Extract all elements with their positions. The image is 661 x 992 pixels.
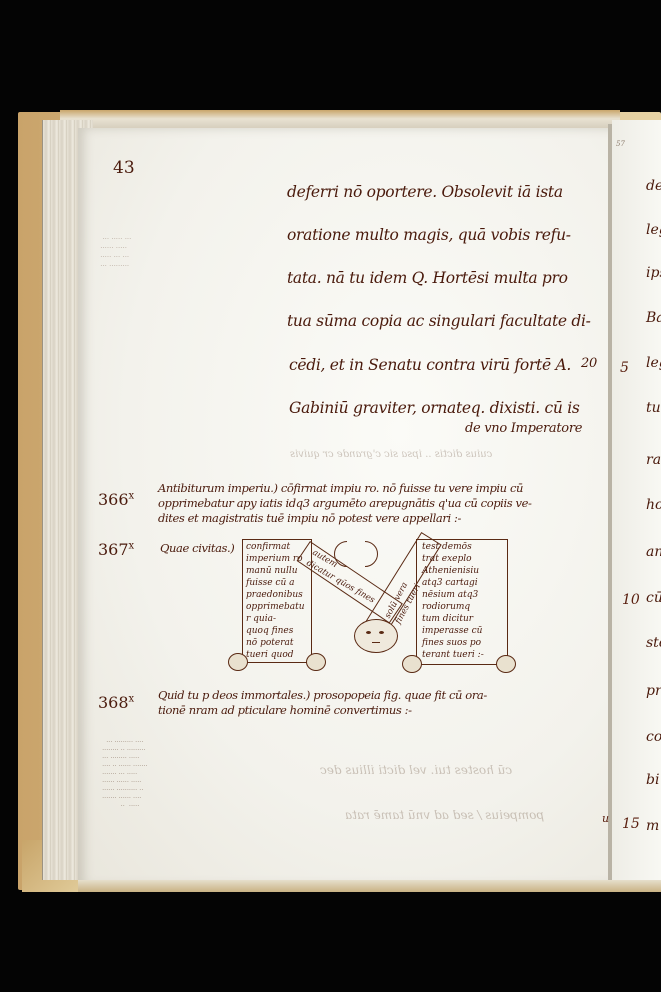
note-366-line: dites et magistratis tuē impiu nō potest… xyxy=(158,511,461,526)
note-368-line: Quid tu p deos immortales.) prosopopeia … xyxy=(158,688,487,703)
right-line-number: 10 xyxy=(622,592,640,608)
bottom-page-edge xyxy=(78,880,661,892)
m-foot-ornament xyxy=(402,655,422,673)
line-marker: 20 xyxy=(581,356,597,371)
drawn-face xyxy=(354,619,398,653)
note-number-366: 366x xyxy=(98,490,134,509)
right-line-start: bi xyxy=(646,772,659,788)
m-foot-ornament xyxy=(496,655,516,673)
right-line-start: leg xyxy=(646,222,661,238)
faded-offset-note-top: ··· ····· ··· ······ ····· ····· ··· ···… xyxy=(98,235,131,271)
right-line-start: tu xyxy=(646,400,661,416)
m-foot-ornament xyxy=(306,653,326,671)
right-line-start: an xyxy=(646,544,661,560)
main-text-line: oratione multo magis, quā vobis refu- xyxy=(287,226,571,244)
right-line-start: ipsi xyxy=(646,265,661,281)
bleed-through-line: cuius dictis .. ipsa sic c'grande cr qui… xyxy=(290,449,492,460)
bleed-through-line: pompeius / sed ad vnū tamē rata xyxy=(345,808,544,822)
face-eye-right xyxy=(379,631,384,634)
right-line-number: 15 xyxy=(622,816,640,832)
right-line-start: Ba xyxy=(646,310,661,326)
note-366-line: Antibiturum imperiu.) cōfirmat impiu ro.… xyxy=(158,481,523,496)
note-number-367: 367x xyxy=(98,540,134,559)
m-top-loop-right xyxy=(352,541,378,567)
right-folio-mark: 57 xyxy=(616,140,625,148)
main-text-line: de vno Imperatore xyxy=(465,421,582,436)
face-mouth xyxy=(372,642,380,643)
right-line-start: ho xyxy=(646,497,661,513)
folio-number: 43 xyxy=(113,158,135,178)
note-number-368: 368x xyxy=(98,693,134,712)
note-368-line: tionē nram ad pticulare hominē convertim… xyxy=(158,703,412,718)
right-line-start: sto xyxy=(646,635,661,651)
right-line-start: leg xyxy=(646,355,661,371)
right-line-start: cū xyxy=(646,590,661,606)
main-text-line: Gabiniū graviter, ornateq. dixisti. cū i… xyxy=(289,399,580,417)
main-text-line: cēdi, et in Senatu contra virū fortē A. xyxy=(289,356,571,374)
right-line-start: de xyxy=(646,178,661,194)
gutter xyxy=(608,124,612,888)
offset-mirror-note-block: ··· ········· ···· ········ ·· ·········… xyxy=(100,738,148,810)
bleed-through-line: cū hostes tui. vel dicti illius dec xyxy=(320,763,512,777)
decorated-letter-m-drawing: confirmat imperium ro manū nullu fuisse … xyxy=(240,535,520,685)
m-foot-ornament xyxy=(228,653,248,671)
right-line-start: pr xyxy=(646,683,661,699)
main-text-line: tata. nā tu idem Q. Hortēsi multa pro xyxy=(287,269,568,287)
note-366-line: opprimebatur apy iatis idq3 argumēto are… xyxy=(158,496,531,511)
right-line-start: ra xyxy=(646,452,661,468)
note-367-lemma: Quae civitas.) xyxy=(160,541,234,556)
right-line-start: m xyxy=(646,818,659,834)
m-right-leg-text: test demōs trat exeplo Athenienisiu atq3… xyxy=(422,541,484,661)
main-text-line: tua sūma copia ac singulari facultate di… xyxy=(287,312,591,330)
m-left-leg-text: confirmat imperium ro manū nullu fuisse … xyxy=(246,541,305,661)
left-margin-mark: u xyxy=(602,812,609,825)
face-eye-left xyxy=(366,631,371,634)
right-line-number: 5 xyxy=(620,360,629,376)
m-top-loop-left xyxy=(334,541,360,567)
main-text-line: deferri nō oportere. Obsolevit iā ista xyxy=(287,183,563,201)
right-line-start: co xyxy=(646,729,661,745)
